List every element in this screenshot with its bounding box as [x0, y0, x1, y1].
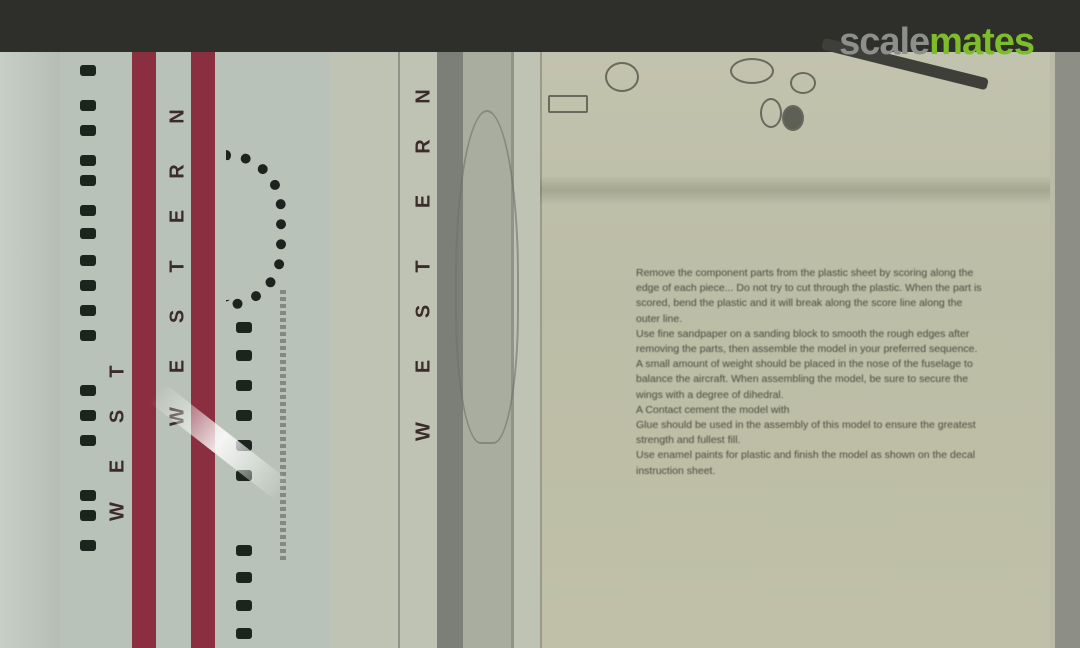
decal-dot	[80, 435, 96, 446]
decal-dot	[80, 175, 96, 186]
decal-letter: E	[167, 205, 190, 229]
scalemates-logo: scalemates	[839, 22, 1034, 62]
parts-sketch	[782, 105, 804, 131]
decal-dot	[80, 410, 96, 421]
decal-dot	[236, 545, 252, 556]
decal-dot	[80, 280, 96, 291]
parts-sketch	[730, 58, 774, 84]
decal-dot	[236, 410, 252, 421]
parts-sketch	[605, 62, 639, 92]
instruction-text: Remove the component parts from the plas…	[636, 266, 986, 479]
decal-sheet-margin	[0, 52, 60, 648]
decal-dot	[80, 305, 96, 316]
decal-letter: T	[167, 255, 190, 279]
decal-dot	[80, 330, 96, 341]
decal-letter: E	[413, 355, 436, 379]
decal-letter: R	[413, 135, 436, 159]
decal-dot	[80, 385, 96, 396]
decal-letter: S	[167, 305, 190, 329]
decal-dot	[80, 100, 96, 111]
decal-dot	[80, 155, 96, 166]
decal-divider	[398, 52, 400, 648]
decal-letter: N	[167, 105, 190, 129]
parts-sketch	[760, 98, 782, 128]
instruction-paragraph: Use enamel paints for plastic and finish…	[636, 448, 986, 478]
instruction-paragraph: Glue should be used in the assembly of t…	[636, 418, 986, 448]
decal-letter: E	[107, 455, 130, 479]
instruction-paragraph: Remove the component parts from the plas…	[636, 266, 986, 327]
aircraft-outline-sketch	[455, 110, 519, 444]
decal-dot	[80, 540, 96, 551]
decal-dot	[236, 380, 252, 391]
decal-dot	[80, 65, 96, 76]
parts-sketch	[548, 95, 588, 113]
parts-sketch	[790, 72, 816, 94]
decal-dot	[80, 205, 96, 216]
decal-dot	[236, 628, 252, 639]
decal-dot	[80, 510, 96, 521]
decal-dot	[236, 350, 252, 361]
decal-letter: S	[413, 300, 436, 324]
decal-letter: S	[107, 405, 130, 429]
decal-dot	[80, 490, 96, 501]
red-stripe	[132, 0, 156, 648]
decal-dot	[80, 125, 96, 136]
product-photo: TSEW NRETSEW NRETSEW Remove the componen…	[0, 0, 1080, 648]
decal-letter: T	[107, 360, 130, 384]
decal-dot	[236, 572, 252, 583]
instruction-margin-line	[540, 52, 542, 648]
decal-dot	[80, 255, 96, 266]
decal-letter: E	[167, 355, 190, 379]
paper-fold-shadow	[540, 175, 1058, 205]
decal-dot	[236, 600, 252, 611]
logo-part-scale: scale	[839, 21, 929, 63]
logo-part-mates: mates	[929, 21, 1034, 63]
decal-letter: W	[107, 500, 130, 524]
background-edge	[1055, 52, 1080, 648]
instruction-paragraph: A Contact cement the model with	[636, 403, 986, 418]
decal-letter: N	[413, 85, 436, 109]
decal-letter: W	[413, 420, 436, 444]
decal-letter: T	[413, 255, 436, 279]
instruction-paragraph: Use fine sandpaper on a sanding block to…	[636, 327, 986, 403]
decal-fine-print	[280, 290, 286, 560]
decal-letter: E	[413, 190, 436, 214]
decal-letter: R	[167, 160, 190, 184]
decal-dot	[236, 322, 252, 333]
red-stripe	[191, 0, 215, 648]
decal-dot	[80, 228, 96, 239]
